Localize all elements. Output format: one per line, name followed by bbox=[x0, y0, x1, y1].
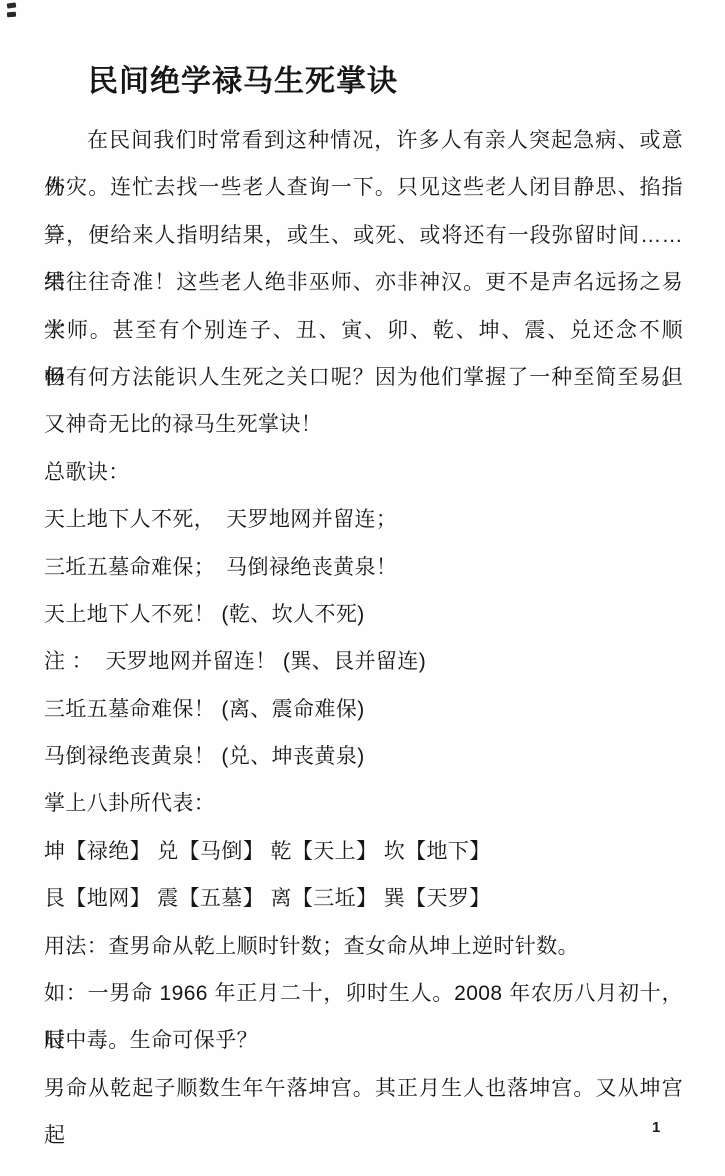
verse-line: 三坵五墓命难保； 马倒禄绝丧黄泉！ bbox=[44, 544, 683, 591]
body-line: 果往往奇准！这些老人绝非巫师、亦非神汉。更不是声名远扬之易学 bbox=[44, 259, 683, 306]
scanned-document-page: 民间绝学禄马生死掌诀 在民间我们时常看到这种情况，许多人有亲人突起急病、或意外 … bbox=[0, 0, 725, 1176]
verse-line: 注 ： 天罗地网并留连！ (巽、艮并留连) bbox=[44, 638, 683, 685]
document-body: 在民间我们时常看到这种情况，许多人有亲人突起急病、或意外 伤灾。连忙去找一些老人… bbox=[44, 117, 683, 1112]
body-line: 用法：查男命从乾上顺时针数；查女命从坤上逆时针数。 bbox=[44, 923, 683, 970]
section-heading: 总歌诀： bbox=[44, 449, 683, 496]
bagua-line: 艮【地网】 震【五墓】 离【三坵】 巽【天罗】 bbox=[44, 875, 683, 922]
section-heading: 掌上八卦所代表： bbox=[44, 780, 683, 827]
scan-artifact bbox=[7, 2, 17, 8]
body-line: 如：一男命 1966 年正月二十，卯时生人。2008 年农历八月初十，辰 bbox=[44, 970, 683, 1017]
verse-line: 马倒禄绝丧黄泉！ (兑、坤丧黄泉) bbox=[44, 733, 683, 780]
body-line: 时中毒。生命可保乎？ bbox=[44, 1017, 683, 1064]
scan-artifact bbox=[7, 12, 16, 18]
verse-line: 天上地下人不死！ (乾、坎人不死) bbox=[44, 591, 683, 638]
page-title: 民间绝学禄马生死掌诀 bbox=[88, 56, 398, 100]
body-line: 在民间我们时常看到这种情况，许多人有亲人突起急病、或意外 bbox=[44, 117, 683, 164]
body-line: 大师。甚至有个别连子、丑、寅、卯、乾、坤、震、兑还念不顺畅。 bbox=[44, 307, 683, 354]
bagua-line: 坤【禄绝】 兑【马倒】 乾【天上】 坎【地下】 bbox=[44, 828, 683, 875]
body-line: 但有何方法能识人生死之关口呢？因为他们掌握了一种至简至易但 bbox=[44, 354, 683, 401]
body-line: 算，便给来人指明结果，或生、或死、或将还有一段弥留时间……结 bbox=[44, 212, 683, 259]
verse-line: 三坵五墓命难保！ (离、震命难保) bbox=[44, 686, 683, 733]
body-line: 又神奇无比的禄马生死掌诀！ bbox=[44, 401, 683, 448]
body-line: 男命从乾起子顺数生年午落坤宫。其正月生人也落坤宫。又从坤宫起 bbox=[44, 1065, 683, 1112]
page-number: 1 bbox=[652, 1119, 660, 1136]
body-line: 伤灾。连忙去找一些老人查询一下。只见这些老人闭目静思、掐指一 bbox=[44, 164, 683, 211]
verse-line: 天上地下人不死， 天罗地网并留连； bbox=[44, 496, 683, 543]
